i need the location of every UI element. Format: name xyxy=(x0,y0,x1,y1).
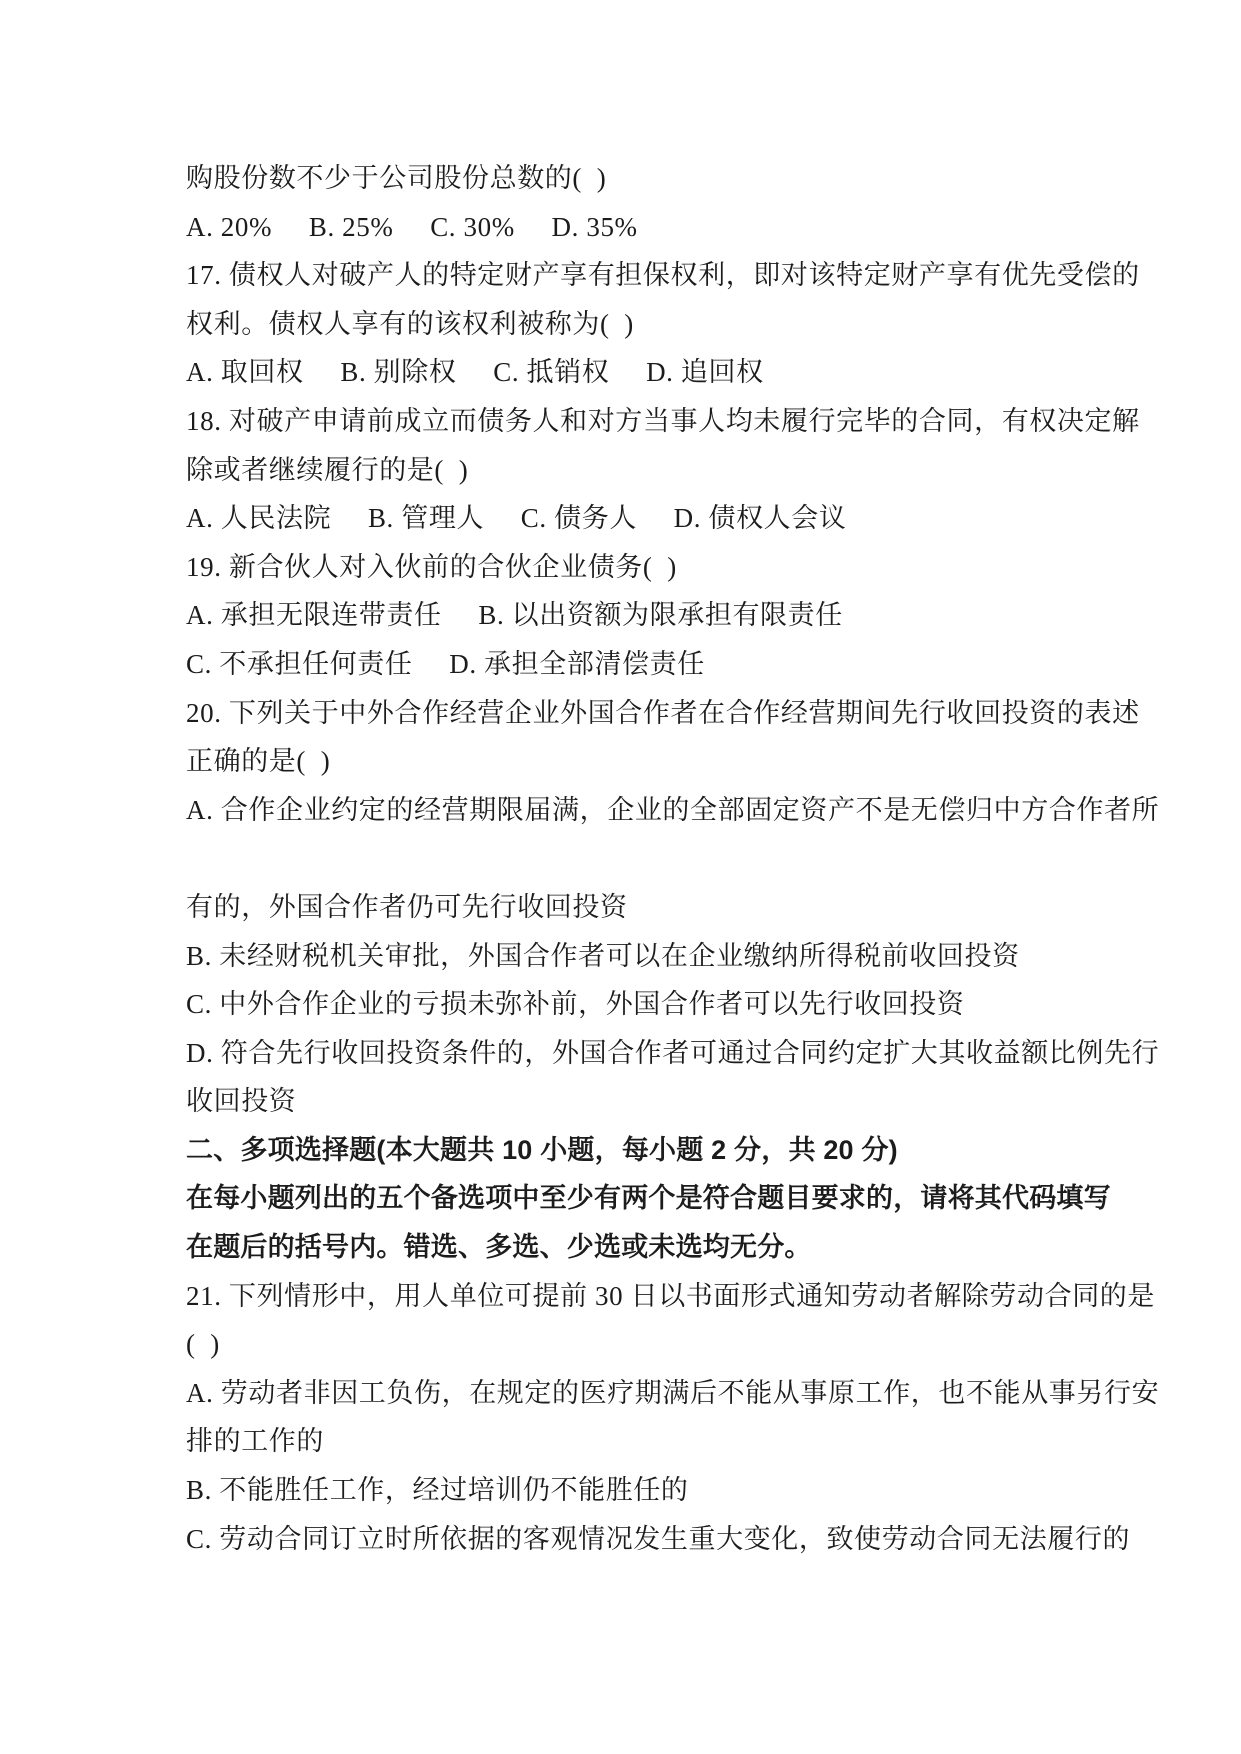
q20-option-c: C. 中外合作企业的亏损未弥补前，外国合作者可以先行收回投资 xyxy=(186,980,1186,1029)
q17-stem-line-2: 权利。债权人享有的该权利被称为( ) xyxy=(186,300,1186,349)
q17-stem-line-1: 17. 债权人对破产人的特定财产享有担保权利，即对该特定财产享有优先受偿的 xyxy=(186,251,1186,300)
q21-option-a-line-2: 排的工作的 xyxy=(186,1417,1186,1466)
section-2-instructions-line-2: 在题后的括号内。错选、多选、少选或未选均无分。 xyxy=(186,1223,1186,1272)
q20-option-d-line-2: 收回投资 xyxy=(186,1077,1186,1126)
section-2-heading: 二、多项选择题(本大题共 10 小题，每小题 2 分，共 20 分) xyxy=(186,1126,1186,1175)
q19-options-ab: A. 承担无限连带责任 B. 以出资额为限承担有限责任 xyxy=(186,591,1186,640)
q17-options: A. 取回权 B. 别除权 C. 抵销权 D. 追回权 xyxy=(186,348,1186,397)
blank-line xyxy=(186,834,1186,883)
q19-stem: 19. 新合伙人对入伙前的合伙企业债务( ) xyxy=(186,543,1186,592)
q18-options: A. 人民法院 B. 管理人 C. 债务人 D. 债权人会议 xyxy=(186,494,1186,543)
q18-stem-line-2: 除或者继续履行的是( ) xyxy=(186,446,1186,495)
q21-option-a-line-1: A. 劳动者非因工负伤，在规定的医疗期满后不能从事原工作，也不能从事另行安 xyxy=(186,1369,1186,1418)
q20-option-b: B. 未经财税机关审批，外国合作者可以在企业缴纳所得税前收回投资 xyxy=(186,932,1186,981)
exam-document-page: 购股份数不少于公司股份总数的( ) A. 20% B. 25% C. 30% D… xyxy=(0,0,1241,1754)
q20-stem-line-2: 正确的是( ) xyxy=(186,737,1186,786)
q21-option-b: B. 不能胜任工作，经过培训仍不能胜任的 xyxy=(186,1466,1186,1515)
q16-stem-continuation: 购股份数不少于公司股份总数的( ) xyxy=(186,154,1186,203)
document-body: 购股份数不少于公司股份总数的( ) A. 20% B. 25% C. 30% D… xyxy=(186,154,1186,1563)
q20-stem-line-1: 20. 下列关于中外合作经营企业外国合作者在合作经营期间先行收回投资的表述 xyxy=(186,689,1186,738)
section-2-instructions-line-1: 在每小题列出的五个备选项中至少有两个是符合题目要求的，请将其代码填写 xyxy=(186,1174,1186,1223)
q20-option-a-line-1: A. 合作企业约定的经营期限届满，企业的全部固定资产不是无偿归中方合作者所 xyxy=(186,786,1186,835)
q21-stem-line-1: 21. 下列情形中，用人单位可提前 30 日以书面形式通知劳动者解除劳动合同的是 xyxy=(186,1272,1186,1321)
q21-option-c: C. 劳动合同订立时所依据的客观情况发生重大变化，致使劳动合同无法履行的 xyxy=(186,1515,1186,1564)
q18-stem-line-1: 18. 对破产申请前成立而债务人和对方当事人均未履行完毕的合同，有权决定解 xyxy=(186,397,1186,446)
q20-option-a-line-2: 有的，外国合作者仍可先行收回投资 xyxy=(186,883,1186,932)
q20-option-d-line-1: D. 符合先行收回投资条件的，外国合作者可通过合同约定扩大其收益额比例先行 xyxy=(186,1029,1186,1078)
q16-options: A. 20% B. 25% C. 30% D. 35% xyxy=(186,203,1186,252)
q19-options-cd: C. 不承担任何责任 D. 承担全部清偿责任 xyxy=(186,640,1186,689)
q21-stem-line-2: ( ) xyxy=(186,1320,1186,1369)
